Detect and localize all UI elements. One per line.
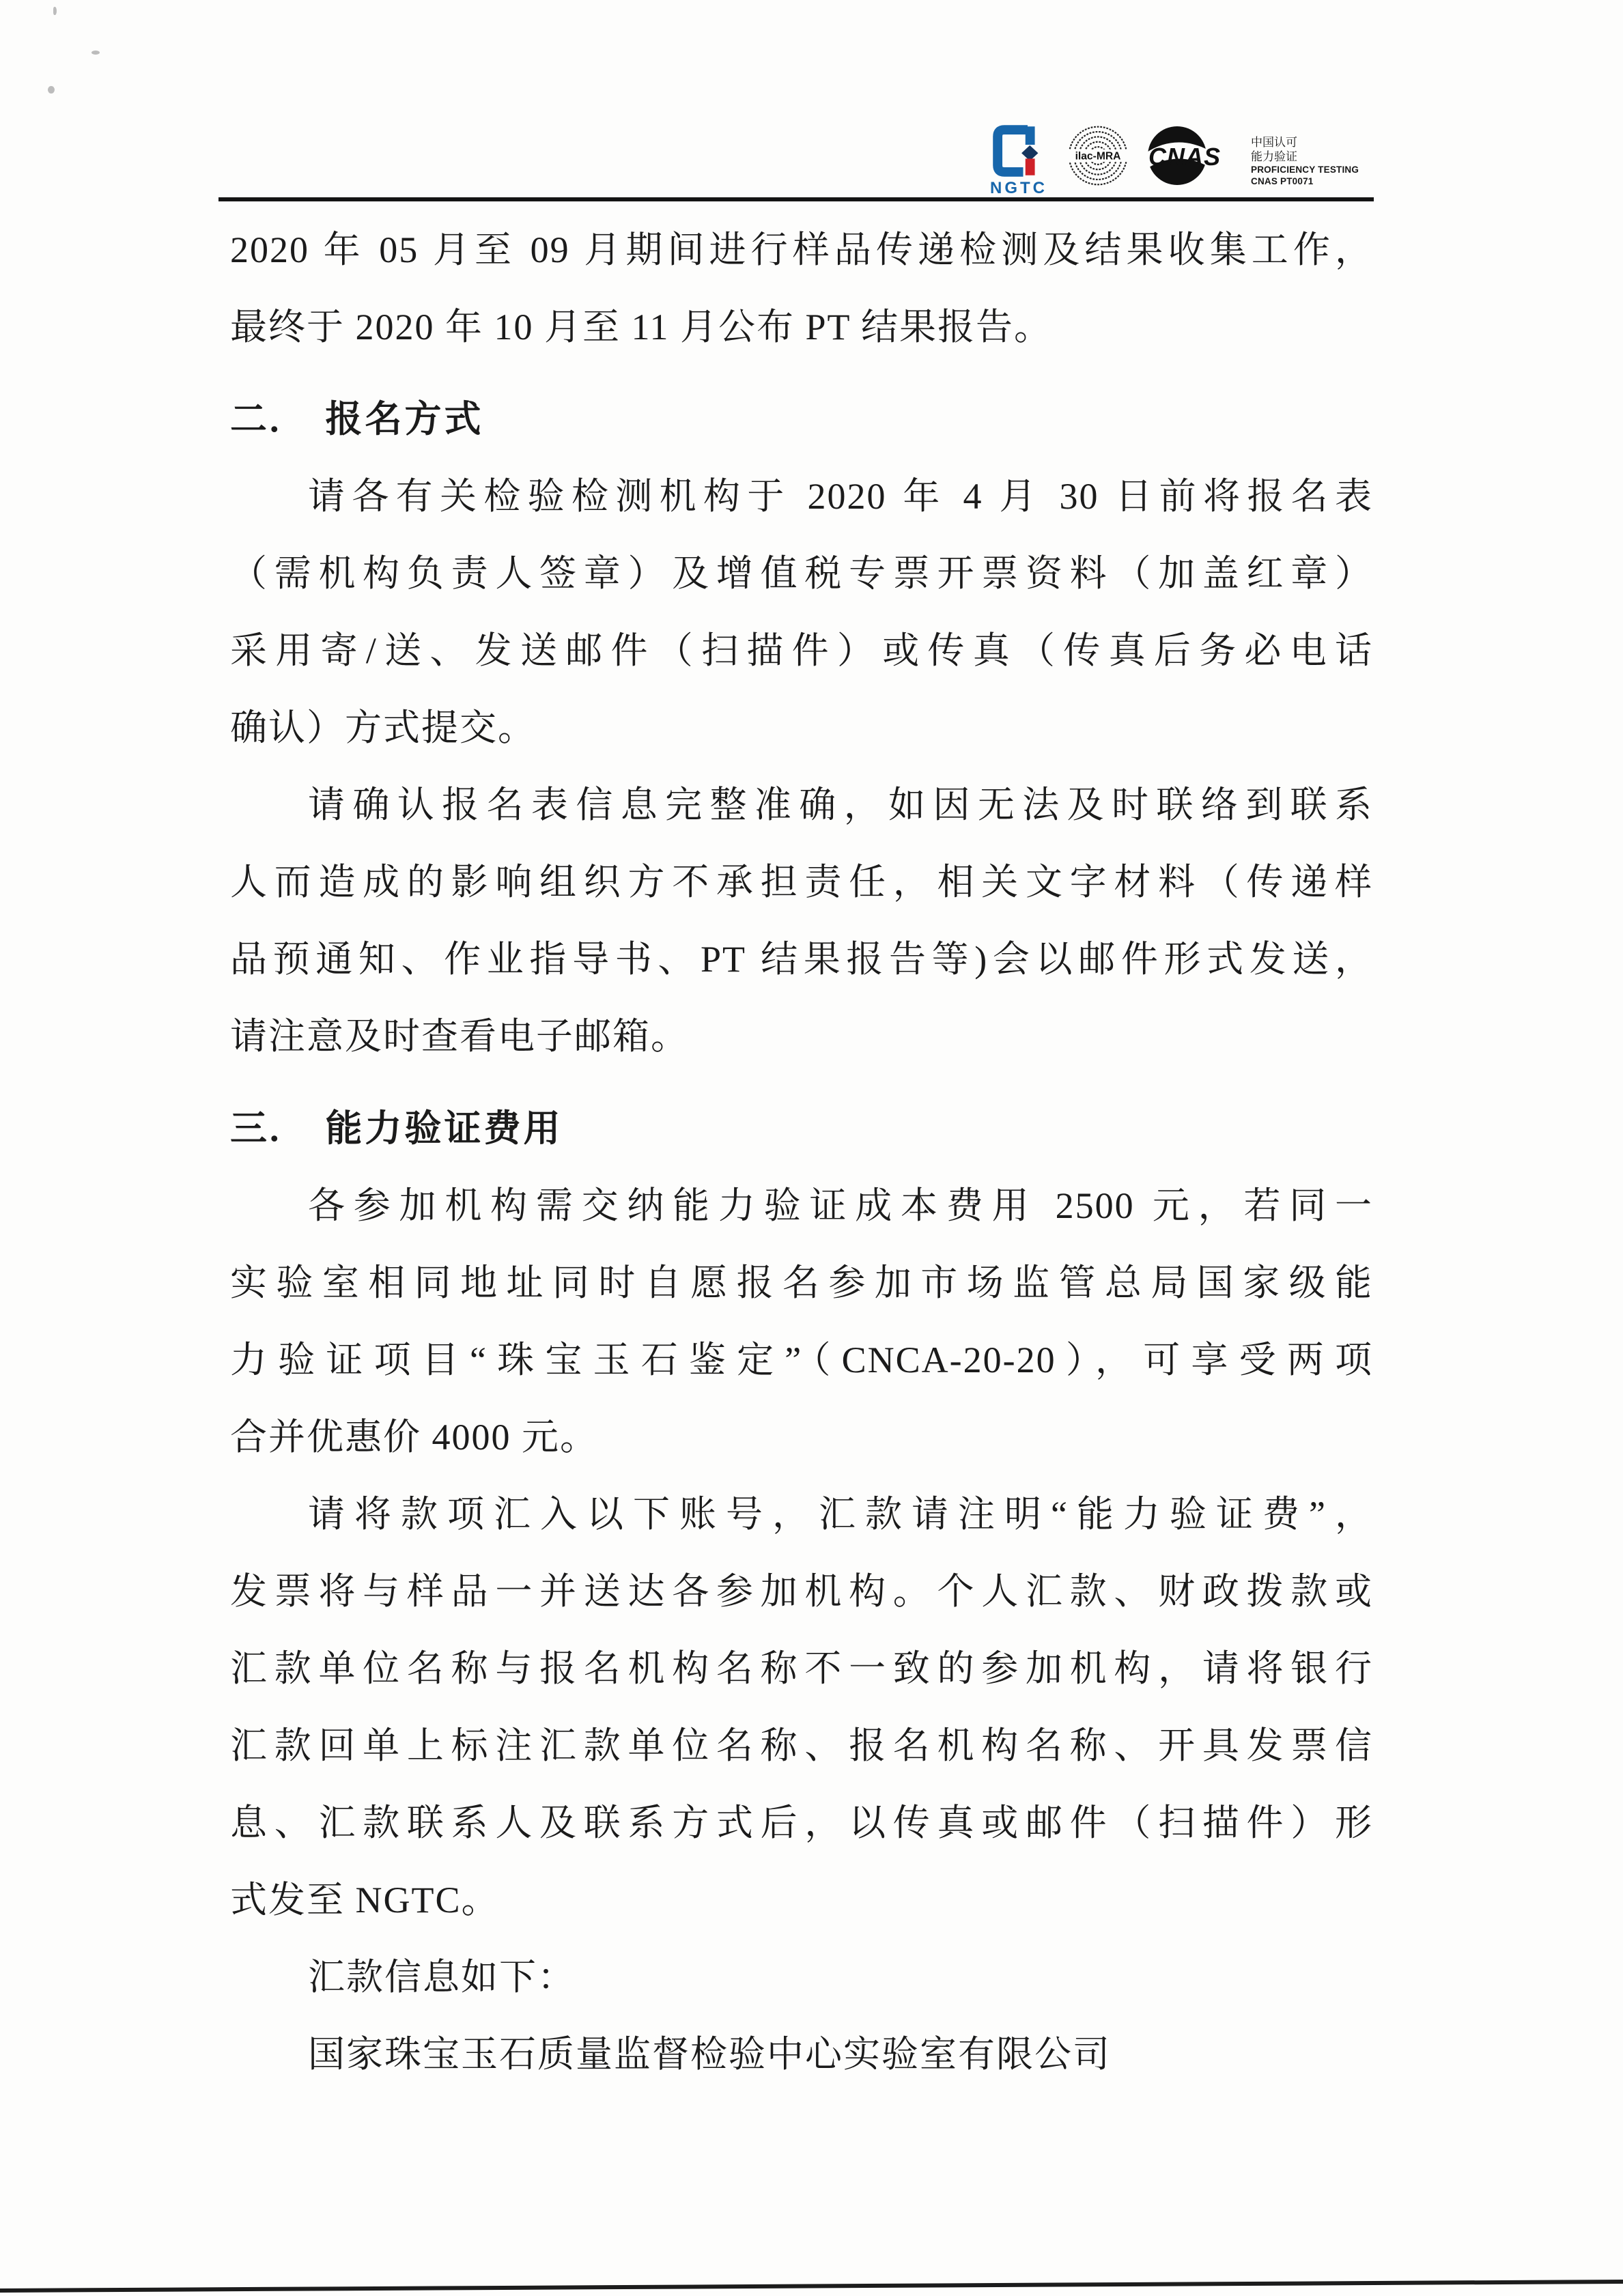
text-line: 人而造成的影响组织方不承担责任，相关文字材料（传递样 bbox=[230, 844, 1373, 921]
text-line: 实验室相同地址同时自愿报名参加市场监管总局国家级能 bbox=[230, 1245, 1373, 1322]
scan-speck bbox=[48, 86, 55, 94]
ngtc-logo: NGTC bbox=[983, 124, 1054, 198]
caption-line-cn-1: 中国认可 bbox=[1251, 135, 1408, 150]
text-line: 请将款项汇入以下账号，汇款请注明“能力验证费”， bbox=[230, 1476, 1373, 1553]
section-heading: 三.能力验证费用 bbox=[230, 1090, 1373, 1167]
text-line: 汇款信息如下： bbox=[230, 1939, 1373, 2016]
cnas-logo-text: CNAS bbox=[1148, 143, 1221, 171]
cnas-caption: 中国认可 能力验证 PROFICIENCY TESTING CNAS PT007… bbox=[1251, 135, 1408, 187]
text-line: 2020 年 05 月至 09 月期间进行样品传递检测及结果收集工作， bbox=[230, 212, 1373, 289]
scan-speck bbox=[91, 51, 100, 55]
scanned-document-page: NGTC ilac-MRA CNAS bbox=[0, 0, 1623, 2296]
scan-speck bbox=[53, 7, 57, 15]
section-title: 能力验证费用 bbox=[326, 1108, 563, 1149]
section-number: 三. bbox=[230, 1108, 282, 1149]
text-line: 息、汇款联系人及联系方式后，以传真或邮件（扫描件）形 bbox=[230, 1785, 1373, 1862]
caption-line-en-2: CNAS PT0071 bbox=[1251, 175, 1408, 187]
text-line: 汇款回单上标注汇款单位名称、报名机构名称、开具发票信 bbox=[230, 1707, 1373, 1785]
ngtc-logo-text: NGTC bbox=[983, 179, 1054, 198]
text-line: 合并优惠价 4000 元。 bbox=[230, 1399, 1373, 1476]
caption-line-en-1: PROFICIENCY TESTING bbox=[1251, 164, 1408, 175]
text-line: 国家珠宝玉石质量监督检验中心实验室有限公司 bbox=[230, 2016, 1373, 2093]
section-heading: 二.报名方式 bbox=[230, 381, 1373, 458]
ilac-mra-logo-icon: ilac-MRA bbox=[1067, 124, 1129, 187]
text-line: 请各有关检验检测机构于 2020 年 4 月 30 日前将报名表 bbox=[230, 458, 1373, 535]
text-line: 确认）方式提交。 bbox=[230, 690, 1373, 767]
text-line: 请注意及时查看电子邮箱。 bbox=[230, 998, 1373, 1075]
scan-edge-line bbox=[0, 2278, 1623, 2294]
document-body: 2020 年 05 月至 09 月期间进行样品传递检测及结果收集工作，最终于 2… bbox=[230, 212, 1373, 2093]
text-line: 品预通知、作业指导书、PT 结果报告等)会以邮件形式发送， bbox=[230, 921, 1373, 998]
ngtc-logo-icon bbox=[991, 124, 1047, 178]
text-line: 发票将与样品一并送达各参加机构。个人汇款、财政拨款或 bbox=[230, 1553, 1373, 1630]
cnas-logo-icon: CNAS bbox=[1146, 124, 1243, 187]
text-line: （需机构负责人签章）及增值税专票开票资料（加盖红章） bbox=[230, 535, 1373, 612]
text-line: 各参加机构需交纳能力验证成本费用 2500 元，若同一 bbox=[230, 1167, 1373, 1245]
cnas-logo: CNAS bbox=[1146, 124, 1243, 190]
text-line: 力验证项目“珠宝玉石鉴定”（CNCA-20-20），可享受两项 bbox=[230, 1322, 1373, 1399]
caption-line-cn-2: 能力验证 bbox=[1251, 150, 1408, 164]
ilac-mra-logo-text: ilac-MRA bbox=[1075, 151, 1121, 162]
section-number: 二. bbox=[230, 399, 282, 440]
text-line: 式发至 NGTC。 bbox=[230, 1862, 1373, 1939]
text-line: 采用寄/送、发送邮件（扫描件）或传真（传真后务必电话 bbox=[230, 612, 1373, 690]
text-line: 最终于 2020 年 10 月至 11 月公布 PT 结果报告。 bbox=[230, 289, 1373, 366]
ilac-mra-logo: ilac-MRA bbox=[1067, 124, 1129, 190]
header-divider bbox=[218, 197, 1374, 201]
text-line: 汇款单位名称与报名机构名称不一致的参加机构，请将银行 bbox=[230, 1630, 1373, 1707]
section-title: 报名方式 bbox=[326, 399, 484, 440]
text-line: 请确认报名表信息完整准确，如因无法及时联络到联系 bbox=[230, 767, 1373, 844]
